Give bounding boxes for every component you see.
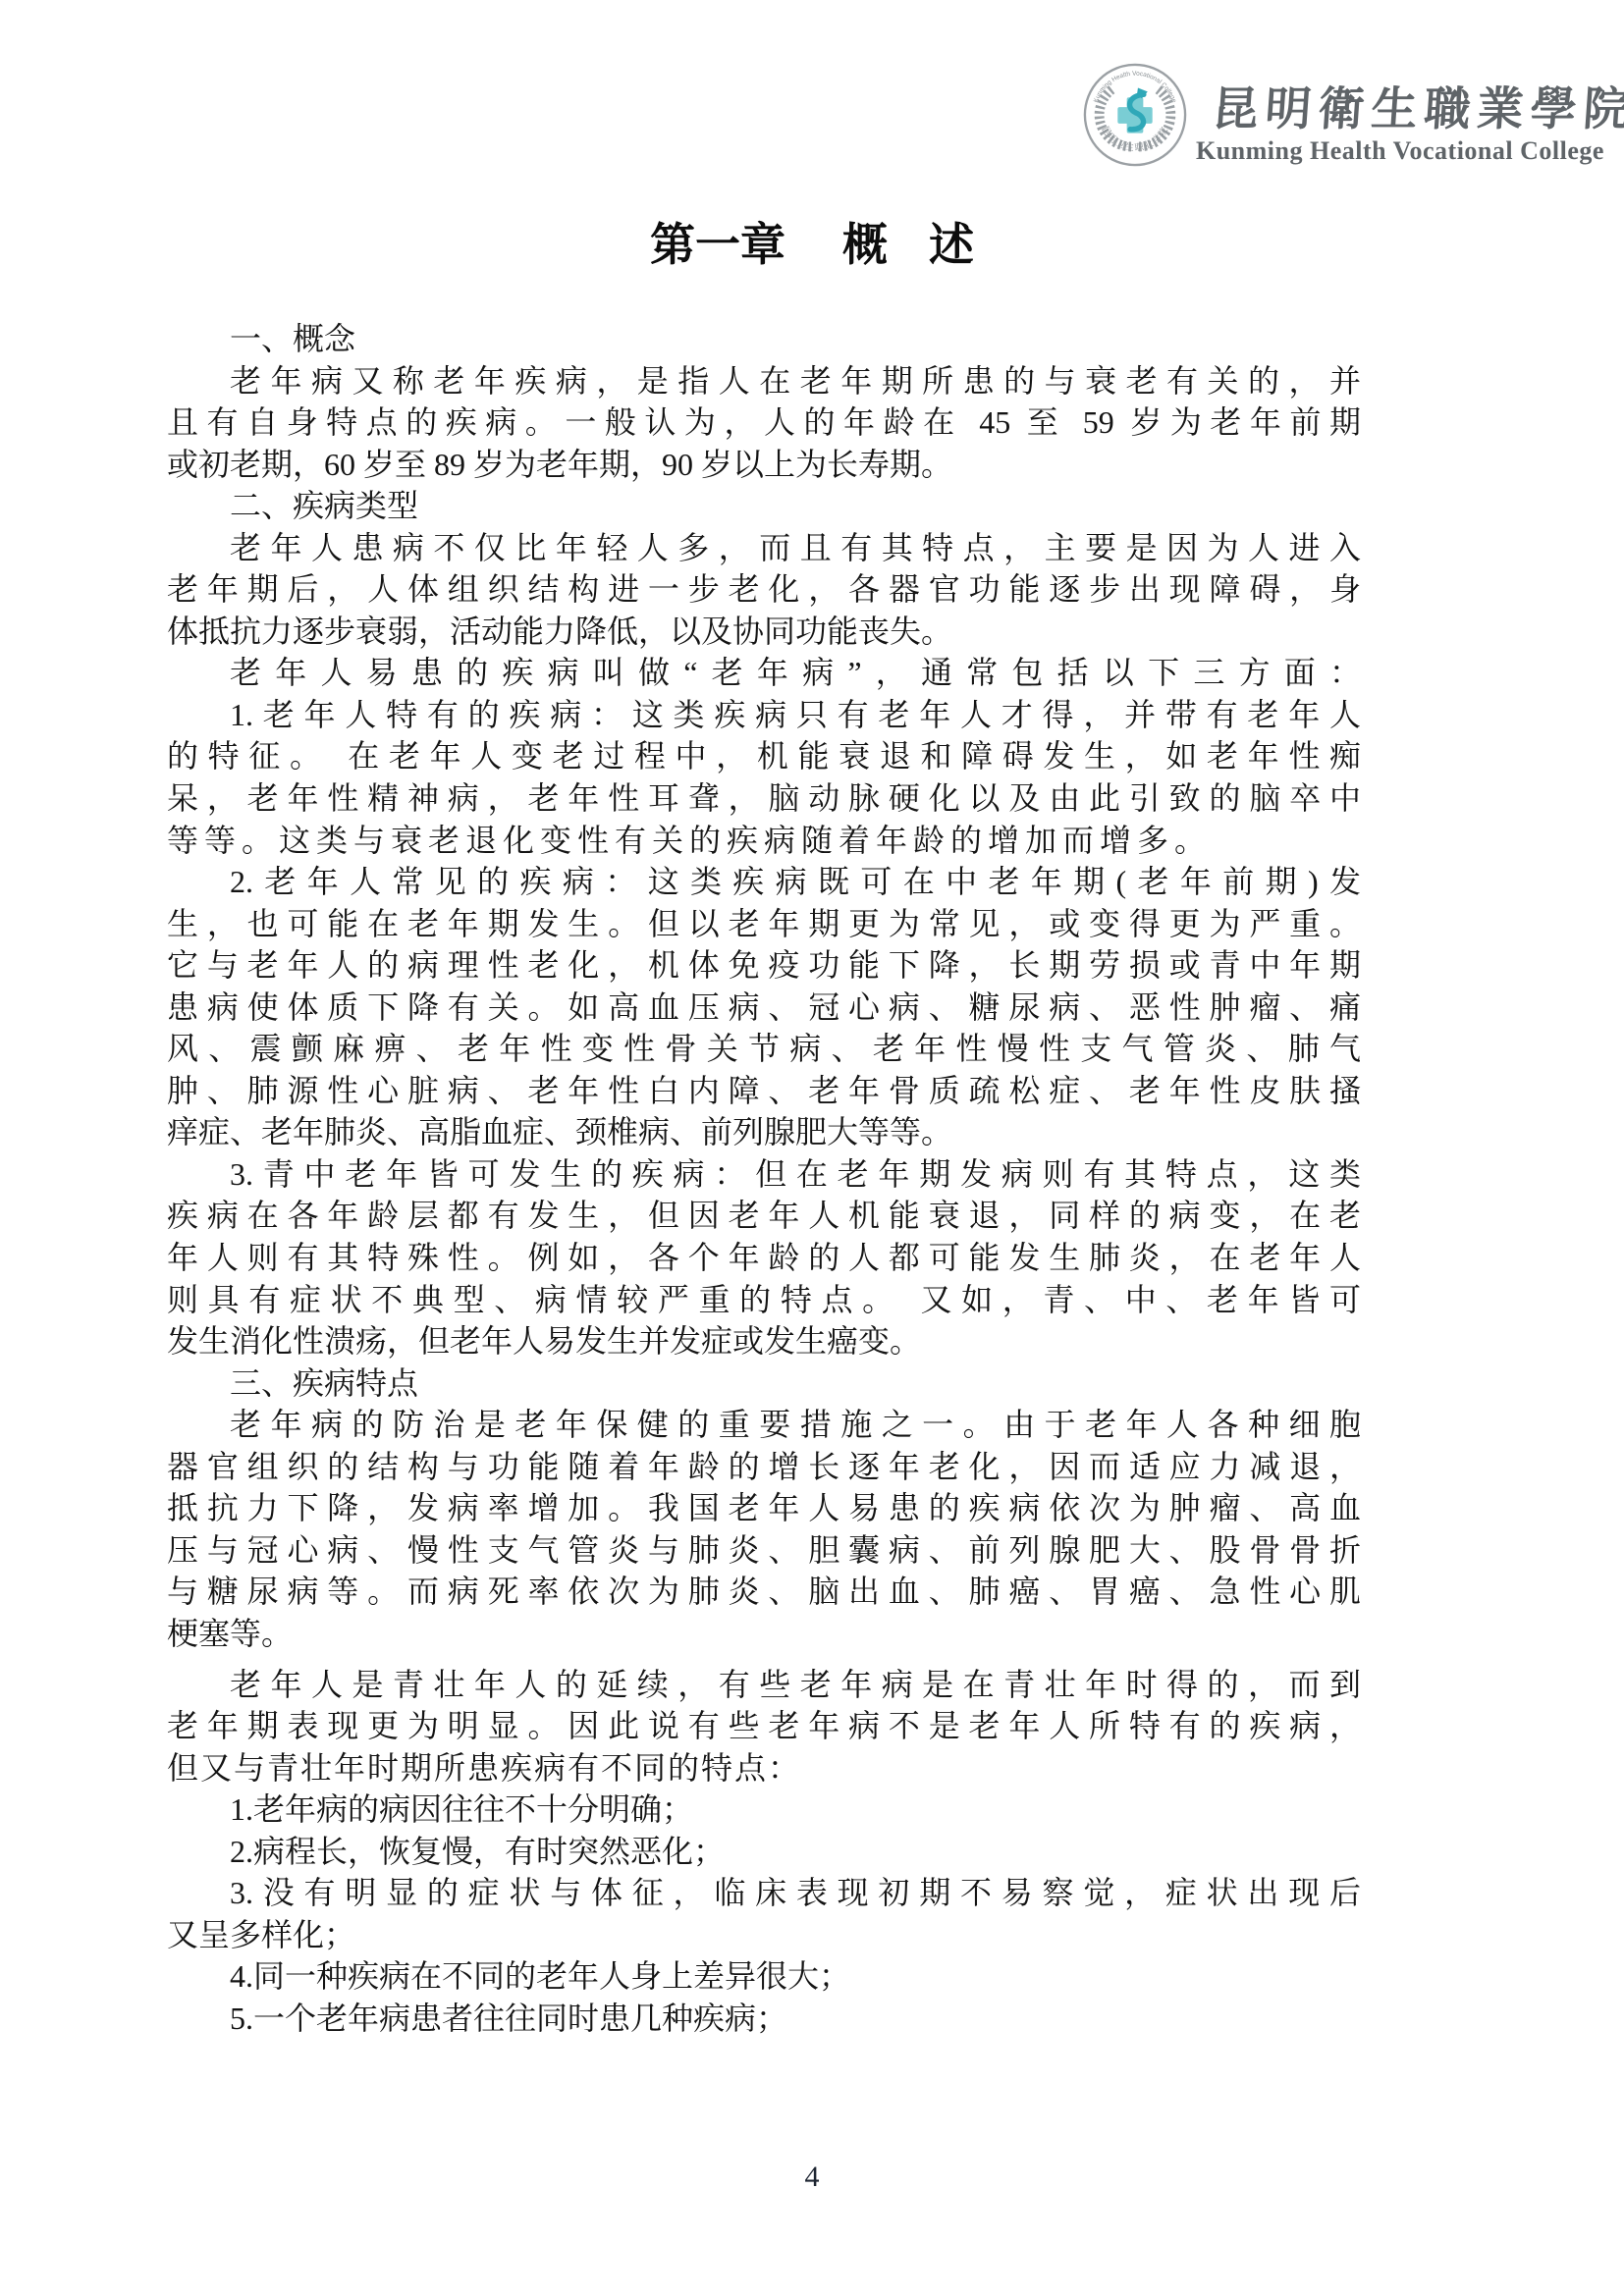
document-page: Kunming Health Vocational College 昆明卫生职业…	[0, 0, 1624, 2296]
body-line: 1.老年病的病因往往不十分明确；	[167, 1789, 1361, 1831]
body-line: 等等。这类与衰老退化变性有关的疾病随着年龄的增加而增多。	[167, 820, 1361, 862]
body-line: 老年人是青壮年人的延续，有些老年病是在青壮年时得的，而到	[167, 1664, 1361, 1706]
body-line: 风、震颤麻痹、老年性变性骨关节病、老年性慢性支气管炎、肺气	[167, 1028, 1361, 1070]
body-line: 老年人易患的疾病叫做“老年病”，通常包括以下三方面：	[167, 652, 1361, 694]
body-line: 老年人患病不仅比年轻人多，而且有其特点，主要是因为人进入	[167, 527, 1361, 569]
body-line: 4.同一种疾病在不同的老年人身上差异很大；	[167, 1955, 1361, 1998]
body-line: 的特征。 在老年人变老过程中，机能衰退和障碍发生，如老年性痴	[167, 735, 1361, 777]
body-line: 与糖尿病等。而病死率依次为肺炎、脑出血、肺癌、胃癌、急性心肌	[167, 1571, 1361, 1613]
body-line: 患病使体质下降有关。如高血压病、冠心病、糖尿病、恶性肿瘤、痛	[167, 987, 1361, 1029]
body-line: 5.一个老年病患者往往同时患几种疾病；	[167, 1998, 1361, 2040]
body-line: 肿、肺源性心脏病、老年性白内障、老年骨质疏松症、老年性皮肤搔	[167, 1070, 1361, 1112]
college-name-english: Kunming Health Vocational College	[1196, 136, 1561, 166]
body-line: 梗塞等。	[167, 1613, 1361, 1655]
chapter-number: 第一章	[650, 220, 785, 270]
body-line: 体抵抗力逐步衰弱，活动能力降低，以及协同功能丧失。	[167, 611, 1361, 653]
body-line: 年人则有其特殊性。例如，各个年龄的人都可能发生肺炎，在老年人	[167, 1237, 1361, 1279]
body-line: 一、概念	[167, 318, 1361, 360]
body-line: 器官组织的结构与功能随着年龄的增长逐年老化，因而适应力减退，	[167, 1446, 1361, 1488]
body-line: 3.青中老年皆可发生的疾病：但在老年期发病则有其特点，这类	[167, 1153, 1361, 1196]
body-line: 3.没有明显的症状与体征，临床表现初期不易察觉，症状出现后	[167, 1872, 1361, 1914]
body-line: 2.病程长，恢复慢，有时突然恶化；	[167, 1831, 1361, 1873]
body-line: 二、疾病类型	[167, 485, 1361, 527]
chapter-title: 第一章概述	[0, 209, 1624, 274]
body-line: 老年病的防治是老年保健的重要措施之一。由于老年人各种细胞	[167, 1404, 1361, 1446]
body-line: 生，也可能在老年期发生。但以老年期更为常见，或变得更为严重。	[167, 903, 1361, 945]
page-number: 4	[0, 2161, 1624, 2194]
body-line: 老年期后，人体组织结构进一步老化，各器官功能逐步出现障碍，身	[167, 568, 1361, 611]
body-line: 抵抗力下降，发病率增加。我国老年人易患的疾病依次为肿瘤、高血	[167, 1487, 1361, 1529]
body-line: 则具有症状不典型、病情较严重的特点。 又如，青、中、老年皆可	[167, 1279, 1361, 1321]
body-line: 痒症、老年肺炎、高脂血症、颈椎病、前列腺肥大等等。	[167, 1111, 1361, 1153]
college-seal-logo: Kunming Health Vocational College 昆明卫生职业…	[1081, 59, 1189, 169]
body-line: 它与老年人的病理性老化，机体免疫功能下降，长期劳损或青中年期	[167, 944, 1361, 987]
body-line: 发生消化性溃疡，但老年人易发生并发症或发生癌变。	[167, 1320, 1361, 1362]
body-line: 压与冠心病、慢性支气管炎与肺炎、胆囊病、前列腺肥大、股骨骨折	[167, 1529, 1361, 1572]
body-line: 1.老年人特有的疾病：这类疾病只有老年人才得，并带有老年人	[167, 694, 1361, 736]
college-name-calligraphy: 昆明衛生職業學院	[1211, 73, 1558, 133]
body-line: 老年病又称老年疾病，是指人在老年期所患的与衰老有关的，并	[167, 360, 1361, 402]
body-line: 呆，老年性精神病，老年性耳聋，脑动脉硬化以及由此引致的脑卒中	[167, 777, 1361, 820]
body-line: 疾病在各年龄层都有发生，但因老年人机能衰退，同样的病变，在老	[167, 1195, 1361, 1237]
body-line: 又呈多样化；	[167, 1914, 1361, 1956]
body-line: 2.老年人常见的疾病：这类疾病既可在中老年期(老年前期)发	[167, 861, 1361, 903]
body-line: 且有自身特点的疾病。一般认为，人的年龄在 45 至 59 岁为老年前期	[167, 401, 1361, 444]
body-line: 老年期表现更为明显。因此说有些老年病不是老年人所特有的疾病，	[167, 1705, 1361, 1747]
chapter-word-2: 述	[929, 220, 974, 270]
body-text-block: 一、概念老年病又称老年疾病，是指人在老年期所患的与衰老有关的，并且有自身特点的疾…	[167, 318, 1361, 2039]
body-line: 或初老期，60 岁至 89 岁为老年期，90 岁以上为长寿期。	[167, 444, 1361, 486]
chapter-word-1: 概	[842, 220, 888, 270]
body-line: 但又与青壮年时期所患疾病有不同的特点：	[167, 1747, 1361, 1789]
body-line: 三、疾病特点	[167, 1362, 1361, 1405]
